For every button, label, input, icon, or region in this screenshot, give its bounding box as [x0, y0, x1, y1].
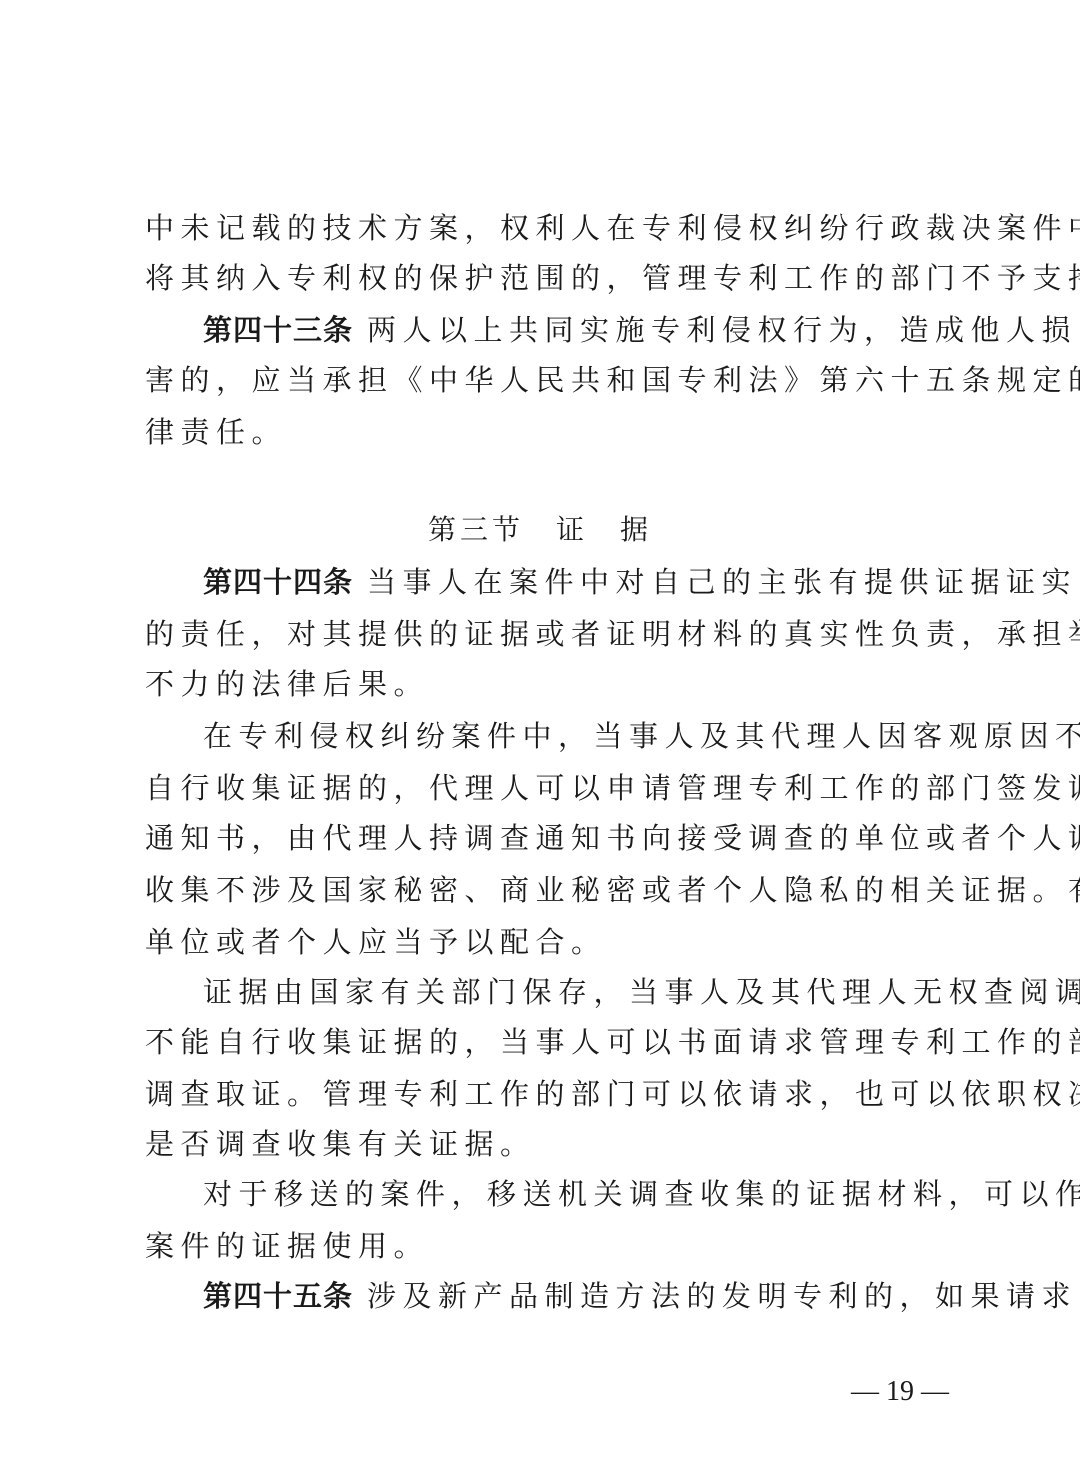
paragraph-first-line: 对于移送的案件，移送机关调查收集的证据材料，可以作为	[203, 1174, 950, 1214]
article-44-first-line: 第四十四条当事人在案件中对自己的主张有提供证据证实	[203, 562, 950, 602]
text-line: 中未记载的技术方案，权利人在专利侵权纠纷行政裁决案件中，	[145, 208, 950, 248]
article-number: 第四十四条	[203, 565, 353, 599]
text-line: 将其纳入专利权的保护范围的，管理专利工作的部门不予支持。	[145, 258, 950, 298]
text-line: 不能自行收集证据的，当事人可以书面请求管理专利工作的部门	[145, 1022, 950, 1062]
document-page: 中未记载的技术方案，权利人在专利侵权纠纷行政裁决案件中， 将其纳入专利权的保护范…	[0, 0, 1080, 1458]
article-43-first-line: 第四十三条两人以上共同实施专利侵权行为，造成他人损	[203, 310, 950, 350]
text-line: 律责任。	[145, 412, 950, 452]
text-span: 涉及新产品制造方法的发明专利的，如果请求	[367, 1279, 1077, 1313]
text-span: 当事人在案件中对自己的主张有提供证据证实	[367, 565, 1077, 599]
article-number: 第四十三条	[203, 313, 353, 347]
article-45-first-line: 第四十五条涉及新产品制造方法的发明专利的，如果请求	[203, 1276, 950, 1316]
paragraph-first-line: 在专利侵权纠纷案件中，当事人及其代理人因客观原因不能	[203, 716, 950, 756]
text-line: 害的，应当承担《中华人民共和国专利法》第六十五条规定的法	[145, 360, 950, 400]
text-line: 自行收集证据的，代理人可以申请管理专利工作的部门签发调查	[145, 768, 950, 808]
text-line: 通知书，由代理人持调查通知书向接受调查的单位或者个人调查	[145, 818, 950, 858]
text-line: 的责任，对其提供的证据或者证明材料的真实性负责，承担举证	[145, 614, 950, 654]
text-line: 单位或者个人应当予以配合。	[145, 922, 950, 962]
paragraph-first-line: 证据由国家有关部门保存，当事人及其代理人无权查阅调取，	[203, 972, 950, 1012]
text-line: 案件的证据使用。	[145, 1226, 950, 1266]
section-heading: 第三节 证 据	[0, 510, 1080, 550]
text-line: 收集不涉及国家秘密、商业秘密或者个人隐私的相关证据。有关	[145, 870, 950, 910]
page-number: — 19 —	[840, 1374, 960, 1410]
text-line: 是否调查收集有关证据。	[145, 1124, 950, 1164]
text-span: 两人以上共同实施专利侵权行为，造成他人损	[367, 313, 1077, 347]
article-number: 第四十五条	[203, 1279, 353, 1313]
text-line: 不力的法律后果。	[145, 664, 950, 704]
text-line: 调查取证。管理专利工作的部门可以依请求，也可以依职权决定	[145, 1074, 950, 1114]
